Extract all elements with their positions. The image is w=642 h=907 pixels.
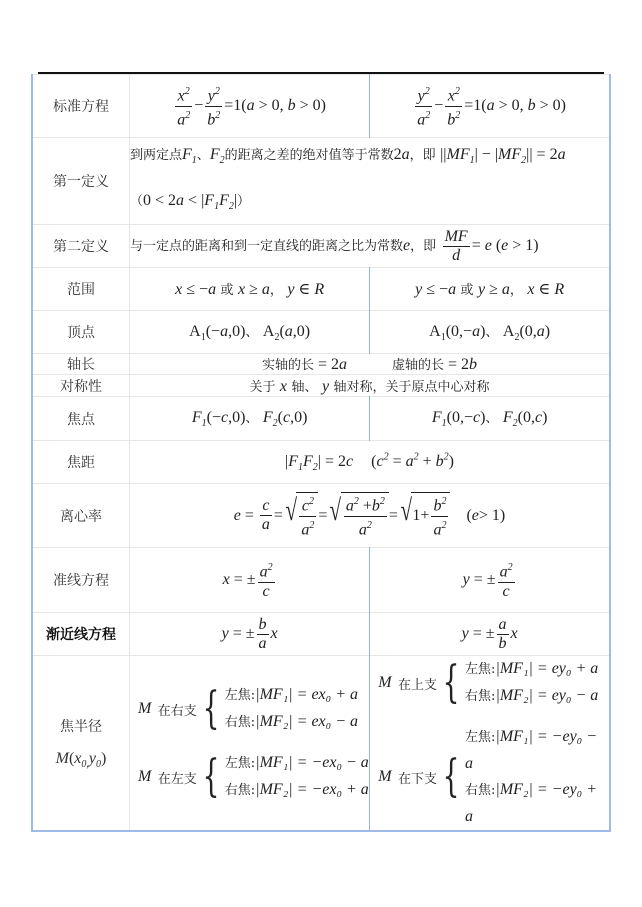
dun-sep: 、 bbox=[485, 325, 498, 340]
row-asymptote: 渐近线方程 y = ±bax y = ±abx bbox=[32, 613, 610, 656]
def1-text-c: ，即 bbox=[410, 148, 436, 163]
row-label: 离心率 bbox=[32, 484, 130, 548]
left-focus-label: 左焦: bbox=[225, 756, 255, 771]
first-definition-condition: （0 < 2a < |F1F2|） bbox=[130, 189, 609, 219]
asymptote-x: y = ±bax bbox=[130, 613, 370, 656]
row-label: 轴长 bbox=[32, 354, 130, 375]
focus-x: F1(−c,0)、 F2(c,0) bbox=[130, 397, 370, 441]
def2-text-a: 与一定点的距离和到一定直线的距离之比为常数 bbox=[130, 239, 403, 254]
directrix-y: y = ±a2c bbox=[370, 548, 610, 613]
focal-radius-x: M 在右支 { 左焦:|MF₁| = ex₀ + a 右焦:|MF₂| = ex… bbox=[130, 656, 370, 832]
row-first-definition: 第一定义 到两定点F1、F2的距离之差的绝对值等于常数2a，即 ||MF1| −… bbox=[32, 138, 610, 225]
row-range: 范围 x ≤ −a 或 x ≥ a， y ∈ R y ≤ −a 或 y ≥ a，… bbox=[32, 268, 610, 311]
formula: |MF₂| = ey₀ − a bbox=[495, 687, 598, 704]
row-second-definition: 第二定义 与一定点的距离和到一定直线的距离之比为常数e，即 MFd= e (e … bbox=[32, 225, 610, 268]
or-text: 或 bbox=[461, 283, 474, 298]
focal-radius-label: 焦半径 bbox=[33, 716, 129, 736]
def1-text-a: 到两定点 bbox=[130, 148, 182, 163]
dun-sep: 、 bbox=[245, 325, 258, 340]
formula: |MF₁| = ex₀ + a bbox=[255, 686, 358, 703]
vertex-x: A1(−a,0)、 A2(a,0) bbox=[130, 311, 370, 354]
hyperbola-properties-table: 标准方程 x2a2−y2b2=1(a > 0, b > 0) y2a2−x2b2… bbox=[31, 74, 611, 832]
asymptote-y: y = ±abx bbox=[370, 613, 610, 656]
right-focus-label: 右焦: bbox=[465, 689, 495, 704]
range-y: y ≤ −a 或 y ≥ a， x ∈ R bbox=[370, 268, 610, 311]
row-label: 标准方程 bbox=[32, 75, 130, 138]
row-label: 渐近线方程 bbox=[32, 613, 130, 656]
focal-radius-y: M 在上支 { 左焦:|MF₁| = ey₀ + a 右焦:|MF₂| = ey… bbox=[370, 656, 610, 832]
row-label: 焦距 bbox=[32, 441, 130, 484]
left-branch-label: 在左支 bbox=[158, 768, 197, 787]
row-vertex: 顶点 A1(−a,0)、 A2(a,0) A1(0,−a)、 A2(0,a) bbox=[32, 311, 610, 354]
focus-y: F1(0,−c)、 F2(0,c) bbox=[370, 397, 610, 441]
standard-eq-y: y2a2−x2b2=1(a > 0, b > 0) bbox=[370, 75, 610, 138]
row-label: 顶点 bbox=[32, 311, 130, 354]
row-focal-radius: 焦半径 M(x0,y0) M 在右支 { 左焦:|MF₁| = ex₀ + a … bbox=[32, 656, 610, 832]
sym-text-c: 轴对称，关于原点中心对称 bbox=[334, 380, 490, 395]
focal-radius-point: M(x0,y0) bbox=[33, 750, 129, 770]
axis-length-text: 实轴的长 = 2a 虚轴的长 = 2b bbox=[130, 354, 611, 375]
row-eccentricity: 离心率 e = ca= √c2a2= √a2 +b2a2= √1+b2a2 (e… bbox=[32, 484, 610, 548]
sym-text-a: 关于 bbox=[249, 380, 275, 395]
or-text: 或 bbox=[221, 283, 234, 298]
formula: |MF₁| = ey₀ + a bbox=[495, 660, 598, 677]
focal-distance-formula: |F1F2| = 2c(c2 = a2 + b2) bbox=[130, 441, 611, 484]
row-label: 范围 bbox=[32, 268, 130, 311]
right-focus-label: 右焦: bbox=[465, 783, 495, 798]
directrix-x: x = ±a2c bbox=[130, 548, 370, 613]
right-branch-block: M 在右支 { 左焦:|MF₁| = ex₀ + a 右焦:|MF₂| = ex… bbox=[138, 682, 369, 736]
right-focus-label: 右焦: bbox=[225, 715, 255, 730]
row-label: 准线方程 bbox=[32, 548, 130, 613]
row-symmetry: 对称性 关于 x 轴、 y 轴对称，关于原点中心对称 bbox=[32, 375, 610, 397]
dun-sep: 、 bbox=[485, 411, 498, 426]
dun-sep: 、 bbox=[197, 148, 210, 163]
lower-branch-label: 在下支 bbox=[398, 768, 437, 787]
first-definition-text: 到两定点F1、F2的距离之差的绝对值等于常数2a，即 ||MF1| − |MF2… bbox=[130, 138, 611, 225]
second-definition-text: 与一定点的距离和到一定直线的距离之比为常数e，即 MFd= e (e > 1) bbox=[130, 225, 611, 268]
real-axis-label: 实轴的长 bbox=[262, 358, 314, 373]
range-x: x ≤ −a 或 x ≥ a， y ∈ R bbox=[130, 268, 370, 311]
def1-text-b: 的距离之差的绝对值等于常数 bbox=[225, 148, 394, 163]
standard-eq-x: x2a2−y2b2=1(a > 0, b > 0) bbox=[130, 75, 370, 138]
row-label: 焦半径 M(x0,y0) bbox=[32, 656, 130, 832]
left-branch-block: M 在左支 { 左焦:|MF₁| = −ex₀ − a 右焦:|MF₂| = −… bbox=[138, 750, 369, 804]
row-label: 对称性 bbox=[32, 375, 130, 397]
row-standard-equation: 标准方程 x2a2−y2b2=1(a > 0, b > 0) y2a2−x2b2… bbox=[32, 75, 610, 138]
dun-sep: 、 bbox=[245, 411, 258, 426]
symmetry-text: 关于 x 轴、 y 轴对称，关于原点中心对称 bbox=[130, 375, 611, 397]
comma: ， bbox=[510, 283, 523, 298]
row-directrix: 准线方程 x = ±a2c y = ±a2c bbox=[32, 548, 610, 613]
left-focus-label: 左焦: bbox=[225, 688, 255, 703]
row-label: 焦点 bbox=[32, 397, 130, 441]
formula: |MF₂| = −ex₀ + a bbox=[255, 781, 369, 798]
lower-branch-block: M 在下支 { 左焦:|MF₁| = −ey₀ − a 右焦:|MF₂| = −… bbox=[378, 724, 609, 830]
vertex-y: A1(0,−a)、 A2(0,a) bbox=[370, 311, 610, 354]
formula: |MF₂| = ex₀ − a bbox=[255, 713, 358, 730]
left-focus-label: 左焦: bbox=[465, 730, 495, 745]
row-focal-distance: 焦距 |F1F2| = 2c(c2 = a2 + b2) bbox=[32, 441, 610, 484]
eccentricity-formula: e = ca= √c2a2= √a2 +b2a2= √1+b2a2 (e > 1… bbox=[130, 484, 611, 548]
row-axis-length: 轴长 实轴的长 = 2a 虚轴的长 = 2b bbox=[32, 354, 610, 375]
upper-branch-block: M 在上支 { 左焦:|MF₁| = ey₀ + a 右焦:|MF₂| = ey… bbox=[378, 656, 609, 710]
upper-branch-label: 在上支 bbox=[398, 674, 437, 693]
right-focus-label: 右焦: bbox=[225, 783, 255, 798]
comma: ， bbox=[270, 283, 283, 298]
left-focus-label: 左焦: bbox=[465, 662, 495, 677]
sym-text-b: 轴、 bbox=[291, 380, 317, 395]
row-label: 第一定义 bbox=[32, 138, 130, 225]
imag-axis-label: 虚轴的长 bbox=[392, 358, 444, 373]
formula: |MF₁| = −ex₀ − a bbox=[255, 754, 369, 771]
row-focus: 焦点 F1(−c,0)、 F2(c,0) F1(0,−c)、 F2(0,c) bbox=[32, 397, 610, 441]
right-branch-label: 在右支 bbox=[158, 700, 197, 719]
row-label: 第二定义 bbox=[32, 225, 130, 268]
def2-text-b: ，即 bbox=[410, 239, 436, 254]
